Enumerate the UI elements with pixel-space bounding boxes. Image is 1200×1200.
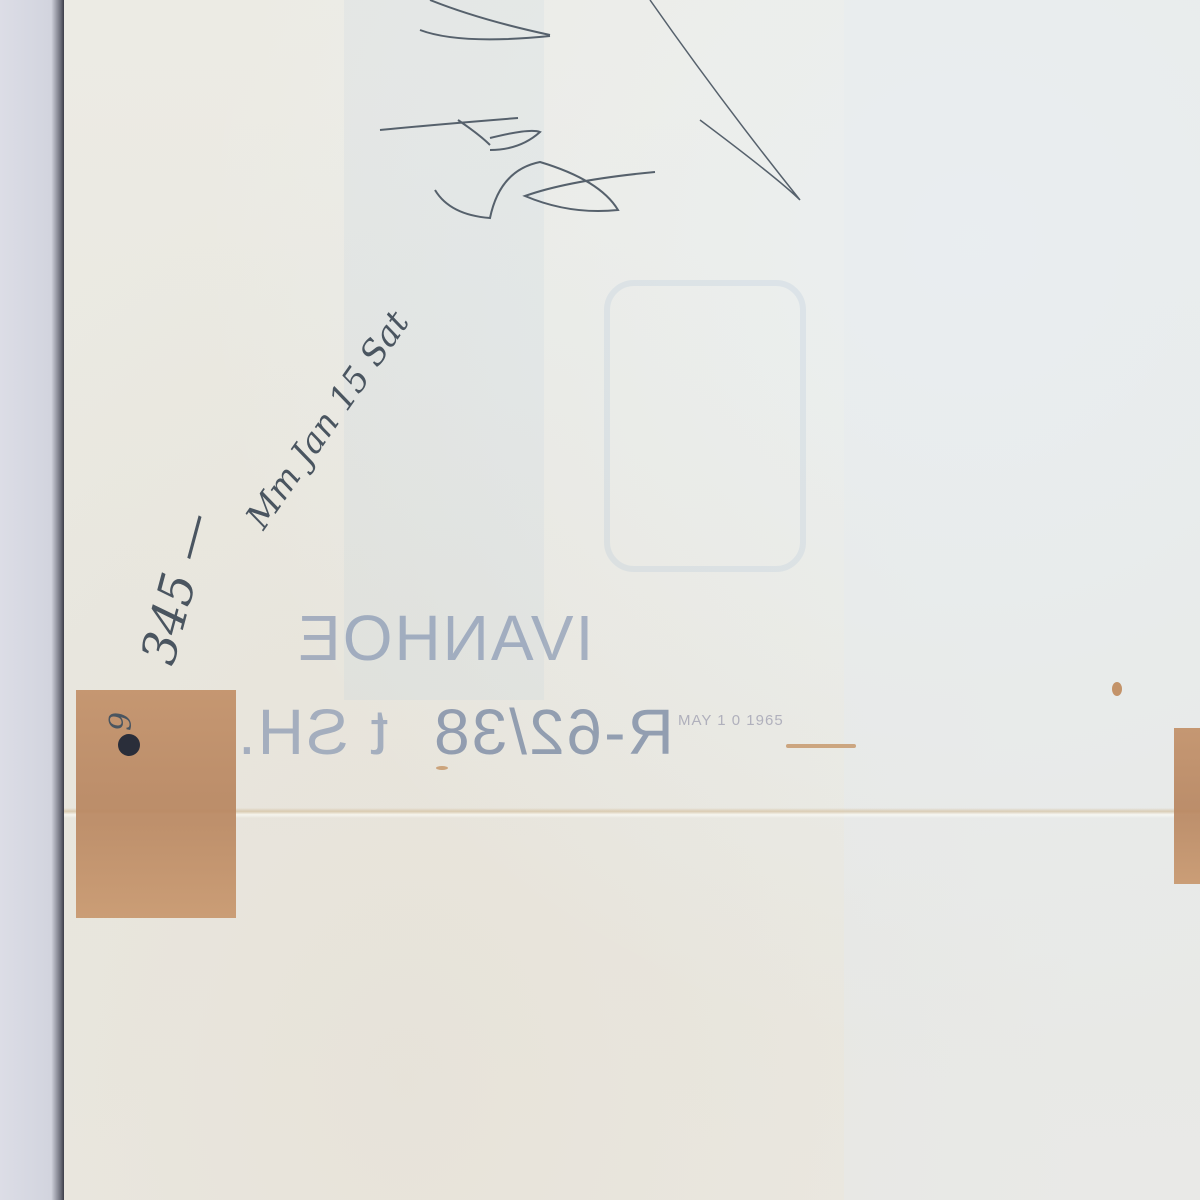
paper-tape-left bbox=[76, 690, 236, 918]
rust-stain bbox=[436, 766, 448, 770]
show-through-print-box bbox=[604, 280, 806, 572]
paper-sheet bbox=[64, 0, 1200, 1200]
rust-stain bbox=[1112, 682, 1122, 696]
stamp-ivanhoe: IVANHOE bbox=[296, 606, 593, 670]
backdrop-surface bbox=[0, 0, 64, 1200]
stamp-date: MAY 1 0 1965 bbox=[678, 712, 784, 729]
paper-tape-right bbox=[1174, 728, 1200, 884]
stamp-code-prefix: t SH. bbox=[236, 700, 388, 764]
stamp-prefix-text: t SH. bbox=[236, 700, 388, 764]
stamp-code-text: R-62/38 bbox=[432, 700, 674, 764]
tape-number: 9 bbox=[104, 712, 139, 731]
stamp-code: R-62/38 bbox=[432, 700, 674, 764]
ink-blot bbox=[118, 734, 140, 756]
stamp-title-text: IVANHOE bbox=[296, 606, 593, 670]
show-through-print bbox=[844, 0, 1200, 1200]
rust-stain bbox=[786, 744, 856, 748]
